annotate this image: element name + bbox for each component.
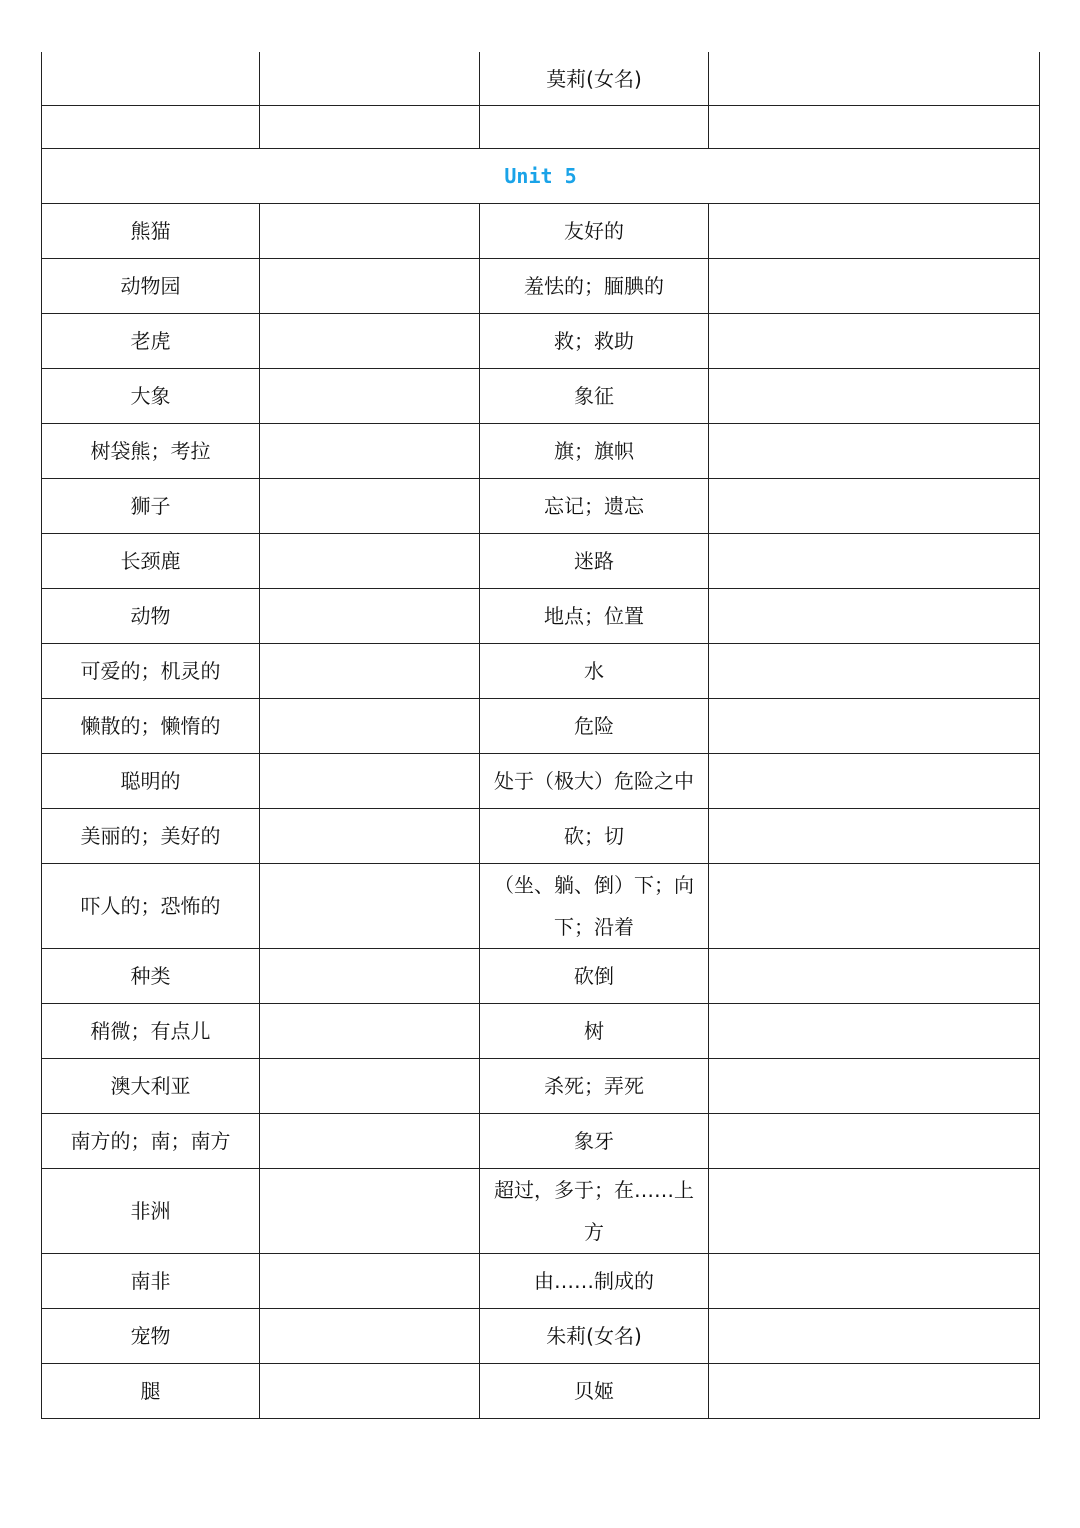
answer-cell[interactable] — [709, 314, 1040, 369]
table-row: 可爱的；机灵的水 — [42, 644, 1040, 699]
answer-cell[interactable] — [260, 1309, 480, 1364]
table-row: 动物园羞怯的；腼腆的 — [42, 259, 1040, 314]
chinese-cell: 懒散的；懒惰的 — [42, 699, 260, 754]
chinese-cell: 旗；旗帜 — [480, 424, 709, 479]
chinese-cell: 处于（极大）危险之中 — [480, 754, 709, 809]
table-row: 懒散的；懒惰的危险 — [42, 699, 1040, 754]
table-row: 熊猫友好的 — [42, 204, 1040, 259]
chinese-cell: 老虎 — [42, 314, 260, 369]
answer-cell[interactable] — [260, 1114, 480, 1169]
unit-header-row: Unit 5 — [42, 149, 1040, 204]
answer-cell[interactable] — [709, 259, 1040, 314]
chinese-cell: 聪明的 — [42, 754, 260, 809]
chinese-cell: 象牙 — [480, 1114, 709, 1169]
chinese-cell: 忘记；遗忘 — [480, 479, 709, 534]
chinese-cell: 树袋熊；考拉 — [42, 424, 260, 479]
blank-cell — [709, 106, 1040, 149]
answer-cell[interactable] — [709, 1309, 1040, 1364]
answer-cell[interactable] — [260, 1169, 480, 1254]
chinese-cell: 长颈鹿 — [42, 534, 260, 589]
answer-cell[interactable] — [260, 52, 480, 106]
vocabulary-worksheet: 莫莉(女名) Unit 5 熊猫友好的动物园羞怯的；腼腆的老虎救；救助大象象征树… — [41, 52, 1039, 1419]
unit-title: Unit 5 — [42, 149, 1040, 204]
chinese-cell: 南非 — [42, 1254, 260, 1309]
answer-cell[interactable] — [260, 589, 480, 644]
chinese-cell: 腿 — [42, 1364, 260, 1419]
chinese-cell: 宠物 — [42, 1309, 260, 1364]
table-row: 聪明的处于（极大）危险之中 — [42, 754, 1040, 809]
answer-cell[interactable] — [709, 699, 1040, 754]
answer-cell[interactable] — [709, 1169, 1040, 1254]
answer-cell[interactable] — [709, 369, 1040, 424]
answer-cell[interactable] — [260, 534, 480, 589]
answer-cell[interactable] — [709, 644, 1040, 699]
table-row: 宠物朱莉(女名) — [42, 1309, 1040, 1364]
chinese-cell: 危险 — [480, 699, 709, 754]
answer-cell[interactable] — [709, 1059, 1040, 1114]
blank-cell — [260, 106, 480, 149]
answer-cell[interactable] — [260, 369, 480, 424]
chinese-cell: 杀死；弄死 — [480, 1059, 709, 1114]
table-row: 南非由……制成的 — [42, 1254, 1040, 1309]
chinese-cell: 地点；位置 — [480, 589, 709, 644]
answer-cell[interactable] — [260, 949, 480, 1004]
answer-cell[interactable] — [260, 864, 480, 949]
chinese-cell: 动物园 — [42, 259, 260, 314]
chinese-cell: 由……制成的 — [480, 1254, 709, 1309]
answer-cell[interactable] — [260, 1059, 480, 1114]
answer-cell[interactable] — [709, 589, 1040, 644]
answer-cell[interactable] — [260, 1364, 480, 1419]
table-row: 稍微；有点儿树 — [42, 1004, 1040, 1059]
answer-cell[interactable] — [709, 479, 1040, 534]
chinese-cell — [42, 52, 260, 106]
blank-cell — [42, 106, 260, 149]
chinese-cell: 贝姬 — [480, 1364, 709, 1419]
chinese-cell: 超过，多于；在……上方 — [480, 1169, 709, 1254]
answer-cell[interactable] — [709, 52, 1040, 106]
table-row: 动物地点；位置 — [42, 589, 1040, 644]
blank-cell — [480, 106, 709, 149]
chinese-cell: 澳大利亚 — [42, 1059, 260, 1114]
answer-cell[interactable] — [260, 314, 480, 369]
answer-cell[interactable] — [260, 479, 480, 534]
chinese-cell: 朱莉(女名) — [480, 1309, 709, 1364]
chinese-cell: 砍；切 — [480, 809, 709, 864]
answer-cell[interactable] — [709, 424, 1040, 479]
answer-cell[interactable] — [709, 534, 1040, 589]
answer-cell[interactable] — [709, 754, 1040, 809]
answer-cell[interactable] — [709, 1364, 1040, 1419]
table-row: 美丽的；美好的砍；切 — [42, 809, 1040, 864]
answer-cell[interactable] — [709, 949, 1040, 1004]
answer-cell[interactable] — [709, 1114, 1040, 1169]
chinese-cell: 水 — [480, 644, 709, 699]
chinese-cell: 熊猫 — [42, 204, 260, 259]
chinese-cell: 象征 — [480, 369, 709, 424]
chinese-cell: 狮子 — [42, 479, 260, 534]
chinese-cell: 莫莉(女名) — [480, 52, 709, 106]
table-row: 老虎救；救助 — [42, 314, 1040, 369]
chinese-cell: 羞怯的；腼腆的 — [480, 259, 709, 314]
chinese-cell: 动物 — [42, 589, 260, 644]
table-row: 南方的；南；南方象牙 — [42, 1114, 1040, 1169]
chinese-cell: （坐、躺、倒）下；向下；沿着 — [480, 864, 709, 949]
table-row-blank — [42, 106, 1040, 149]
chinese-cell: 树 — [480, 1004, 709, 1059]
vocabulary-table: 莫莉(女名) Unit 5 熊猫友好的动物园羞怯的；腼腆的老虎救；救助大象象征树… — [41, 52, 1040, 1419]
table-row: 树袋熊；考拉旗；旗帜 — [42, 424, 1040, 479]
table-row: 腿贝姬 — [42, 1364, 1040, 1419]
chinese-cell: 大象 — [42, 369, 260, 424]
chinese-cell: 美丽的；美好的 — [42, 809, 260, 864]
table-row: 长颈鹿迷路 — [42, 534, 1040, 589]
answer-cell[interactable] — [260, 754, 480, 809]
table-row: 大象象征 — [42, 369, 1040, 424]
answer-cell[interactable] — [709, 809, 1040, 864]
answer-cell[interactable] — [260, 1004, 480, 1059]
table-row: 吓人的；恐怖的（坐、躺、倒）下；向下；沿着 — [42, 864, 1040, 949]
chinese-cell: 救；救助 — [480, 314, 709, 369]
table-row: 种类砍倒 — [42, 949, 1040, 1004]
chinese-cell: 非洲 — [42, 1169, 260, 1254]
chinese-cell: 可爱的；机灵的 — [42, 644, 260, 699]
table-row: 莫莉(女名) — [42, 52, 1040, 106]
answer-cell[interactable] — [260, 204, 480, 259]
answer-cell[interactable] — [260, 1254, 480, 1309]
answer-cell[interactable] — [260, 424, 480, 479]
chinese-cell: 迷路 — [480, 534, 709, 589]
table-row: 狮子忘记；遗忘 — [42, 479, 1040, 534]
chinese-cell: 稍微；有点儿 — [42, 1004, 260, 1059]
chinese-cell: 砍倒 — [480, 949, 709, 1004]
chinese-cell: 种类 — [42, 949, 260, 1004]
answer-cell[interactable] — [709, 204, 1040, 259]
answer-cell[interactable] — [709, 864, 1040, 949]
table-row: 澳大利亚杀死；弄死 — [42, 1059, 1040, 1114]
table-row: 非洲超过，多于；在……上方 — [42, 1169, 1040, 1254]
answer-cell[interactable] — [709, 1254, 1040, 1309]
chinese-cell: 友好的 — [480, 204, 709, 259]
answer-cell[interactable] — [260, 699, 480, 754]
chinese-cell: 吓人的；恐怖的 — [42, 864, 260, 949]
answer-cell[interactable] — [709, 1004, 1040, 1059]
answer-cell[interactable] — [260, 644, 480, 699]
answer-cell[interactable] — [260, 809, 480, 864]
chinese-cell: 南方的；南；南方 — [42, 1114, 260, 1169]
answer-cell[interactable] — [260, 259, 480, 314]
